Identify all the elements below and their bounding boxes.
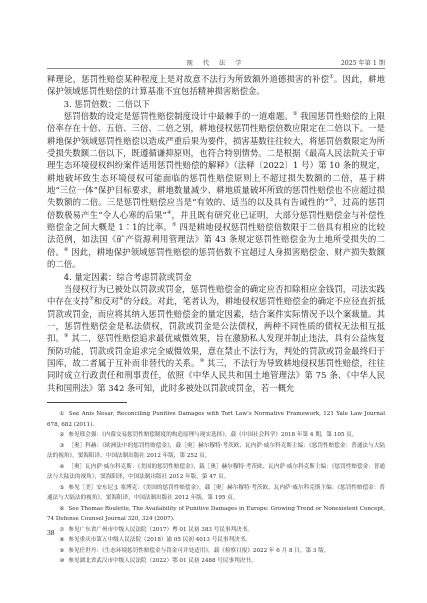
footnotes: ①See Anis Nesar, Reconciling Punitive Da… bbox=[47, 409, 385, 567]
footnote-3: ③［奥］科赫：《欧洲法中的惩罚性赔偿金》，载［奥］赫尔穆特·考茨欧、瓦内萨·威尔… bbox=[47, 441, 385, 462]
paragraph-penalty-multiple: 惩罚倍数的设定是惩罚性赔偿制度设计中最棘手的一道难题。② 我国惩罚性赔偿的上限倍… bbox=[47, 110, 385, 270]
page-number: 38 bbox=[47, 528, 55, 537]
footnote-4: ④［奥］瓦内萨·威尔科克斯：《美国的惩罚性赔偿金》，载［奥］赫尔穆特·考茨欧、瓦… bbox=[47, 462, 385, 483]
paragraph-fines: 当侵权行为已被处以罚款或罚金，惩罚性赔偿金的确定应否扣除相应金钱罚，司法实践中存… bbox=[47, 283, 385, 394]
footnote-8: ⑧参见重庆市第五中级人民法院（2018）渝 05 民初 4013 号民事判决书。 bbox=[47, 535, 385, 546]
footnote-6: ⑥See Thomas Roulette, The Availability o… bbox=[47, 504, 385, 525]
footnote-9: ⑨参见任世丹：《生态环境惩罚性赔偿金与罚金可并处适用》，载《检察日报》2022 … bbox=[47, 546, 385, 557]
journal-title: 现 代 法 学 bbox=[47, 58, 385, 67]
header-rule bbox=[47, 68, 385, 69]
footnote-5: ⑤参见［美］安东尼·J. 塞博克：《美国的惩罚性赔偿金》，载［奥］赫尔穆特·考茨… bbox=[47, 483, 385, 504]
body-text: 释理论，惩罚性赔偿某种程度上是对故意不法行为所致额外道德损害的补偿①。因此，耕地… bbox=[47, 73, 385, 394]
issue-label: 2025 年第 1 期 bbox=[341, 58, 385, 67]
footnote-rule bbox=[47, 402, 127, 403]
footnote-2: ②参见邢会强：《内幕交易惩罚性赔偿制度的构造原理与现实选择》，载《中国社会科学》… bbox=[47, 430, 385, 441]
section-heading-4: 4. 量定因素：综合考虑罚款或罚金 bbox=[47, 271, 385, 283]
footnote-7: ⑦参见广东省广州市中级人民法院（2017）粤 01 民初 383 号民事判决书。 bbox=[47, 525, 385, 536]
footnote-10: ⑩参见湖北省武汉市中级人民法院（2022）鄂 01 民初 2488 号民事判决书… bbox=[47, 556, 385, 567]
running-header: 现 代 法 学 2025 年第 1 期 bbox=[47, 55, 385, 67]
footnote-1: ①See Anis Nesar, Reconciling Punitive Da… bbox=[47, 409, 385, 430]
section-heading-3: 3. 惩罚倍数：二倍以下 bbox=[47, 98, 385, 110]
paragraph-continuation: 释理论，惩罚性赔偿某种程度上是对故意不法行为所致额外道德损害的补偿①。因此，耕地… bbox=[47, 73, 385, 98]
